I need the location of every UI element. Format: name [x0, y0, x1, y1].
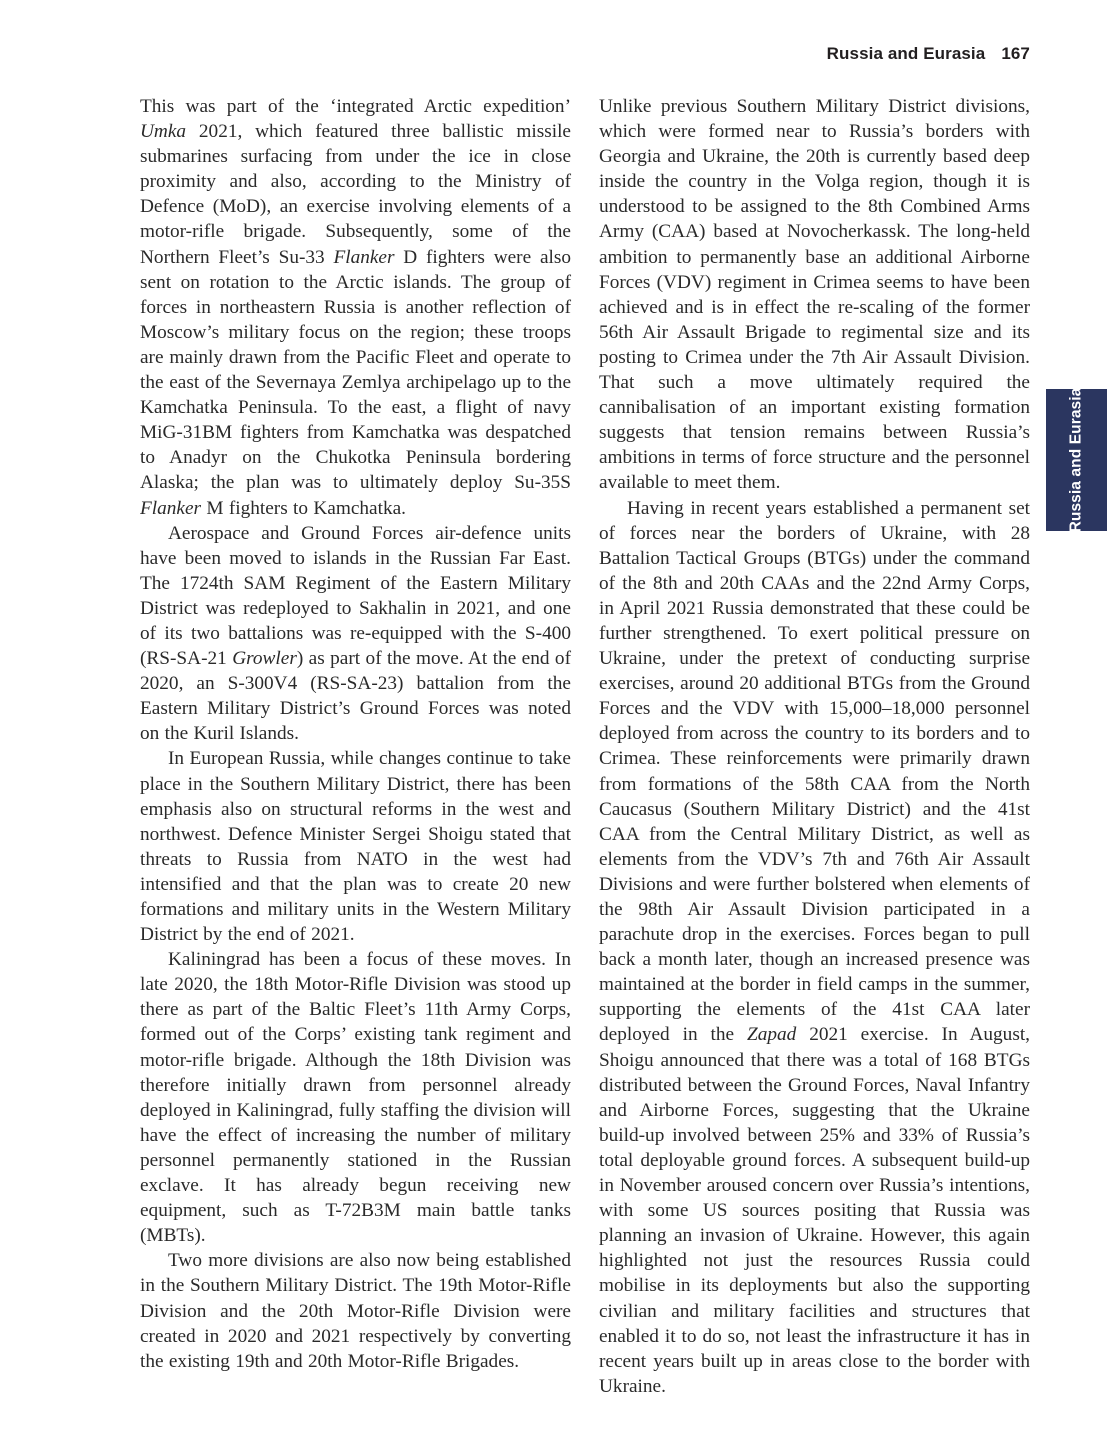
book-page: Russia and Eurasia167 This was part of t…: [0, 0, 1115, 1451]
text-column-left: This was part of the ‘integrated Arctic …: [140, 94, 571, 1394]
paragraph: Having in recent years established a per…: [599, 496, 1030, 1395]
section-thumb-tab-label: Russia and Eurasia: [1068, 388, 1086, 533]
page-number: 167: [1001, 44, 1030, 64]
text-column-right: Unlike previous Southern Military Distri…: [599, 94, 1030, 1394]
paragraph: In European Russia, while changes contin…: [140, 746, 571, 947]
paragraph: Unlike previous Southern Military Distri…: [599, 94, 1030, 496]
paragraph: This was part of the ‘integrated Arctic …: [140, 94, 571, 521]
running-header-title: Russia and Eurasia: [827, 44, 986, 63]
paragraph: Two more divisions are also now being es…: [140, 1248, 571, 1373]
section-thumb-tab: Russia and Eurasia: [1046, 389, 1107, 531]
article-body: This was part of the ‘integrated Arctic …: [140, 94, 1030, 1394]
paragraph: Kaliningrad has been a focus of these mo…: [140, 947, 571, 1248]
running-header: Russia and Eurasia167: [140, 44, 1030, 64]
paragraph: Aerospace and Ground Forces air-defence …: [140, 521, 571, 747]
